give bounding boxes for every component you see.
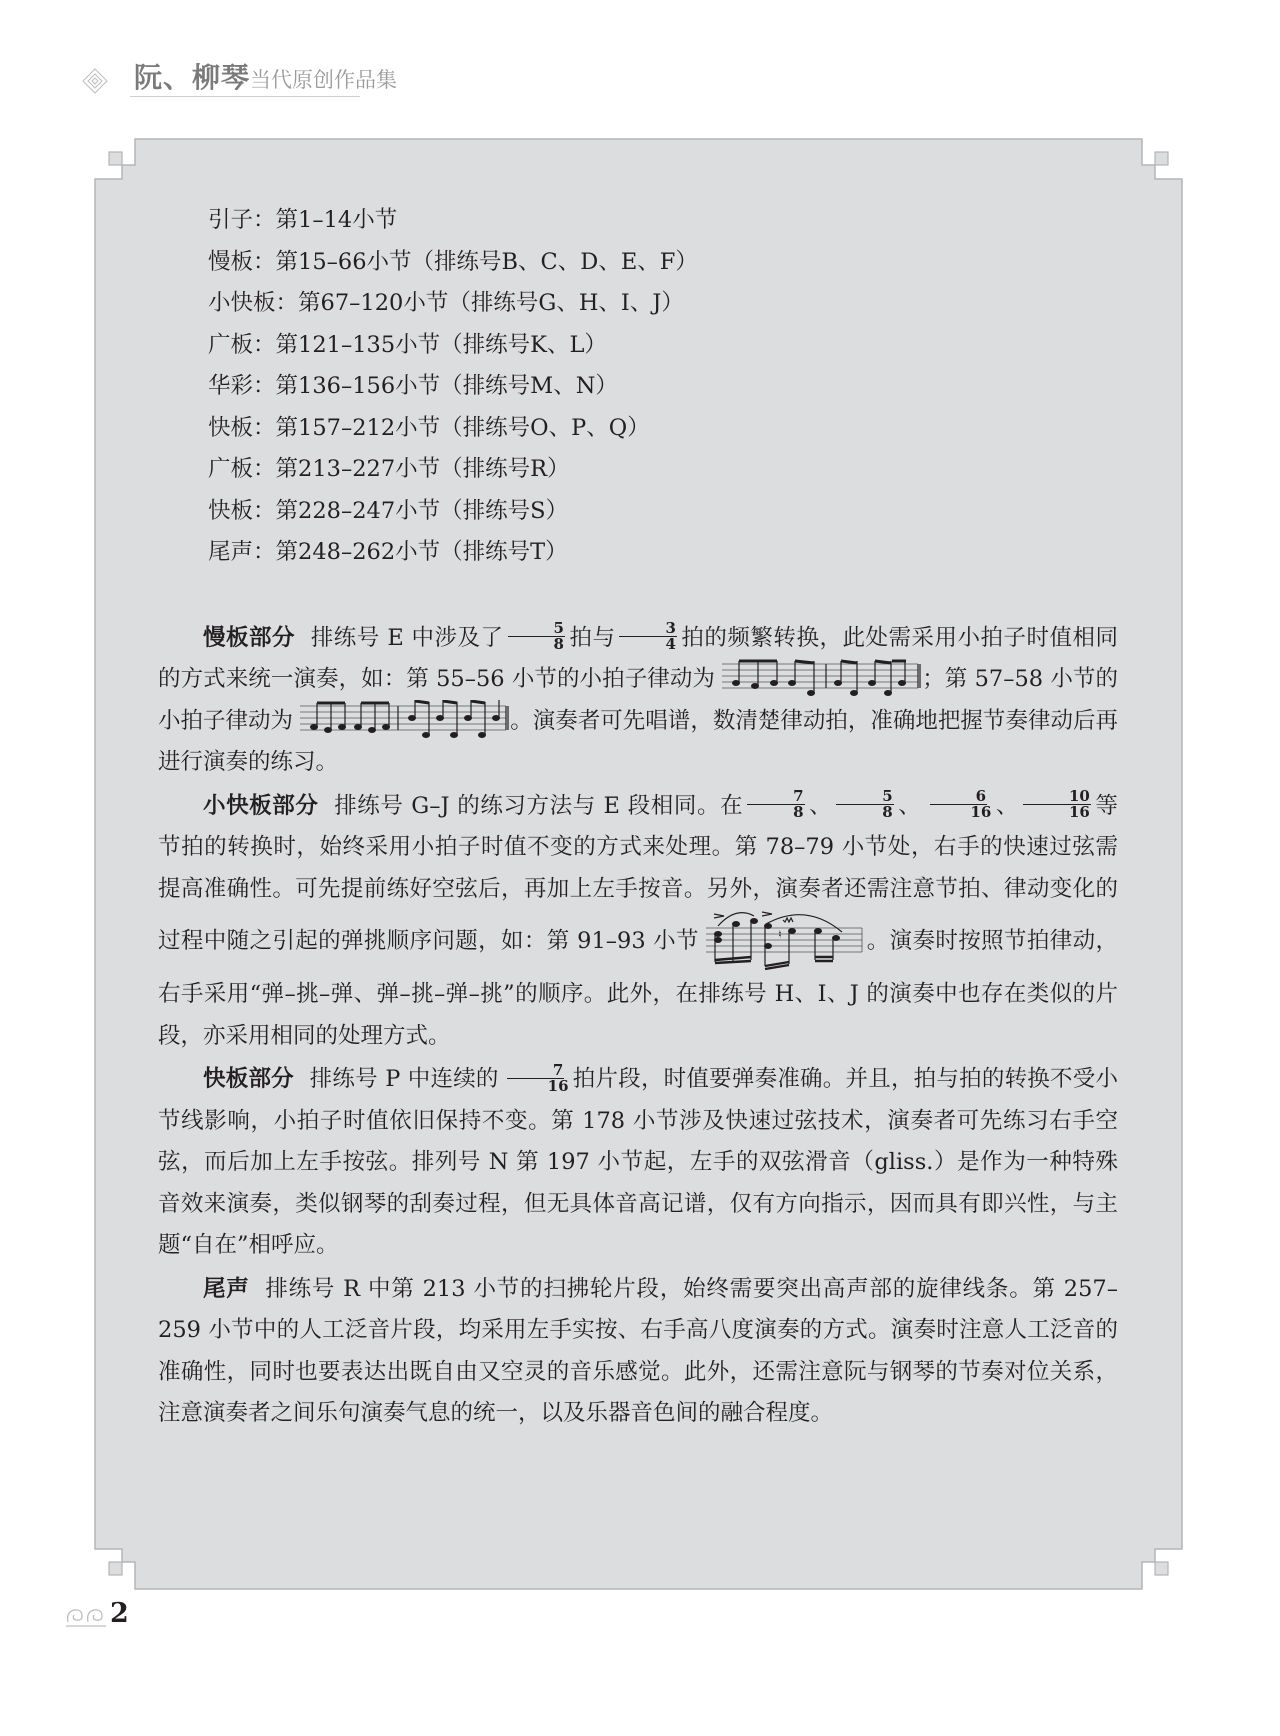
page-number: 2 xyxy=(110,1598,129,1629)
cloud-ornament-icon xyxy=(64,1604,108,1630)
structure-item: 引子：第1–14小节 xyxy=(208,200,1118,242)
section-allegro: 快板部分排练号 P 中连续的716拍片段，时值要弹奏准确。并且，拍与拍的转换不受… xyxy=(158,1059,1118,1267)
structure-item: 快板：第157–212小节（排练号O、P、Q） xyxy=(208,408,1118,450)
page-content: 引子：第1–14小节 慢板：第15–66小节（排练号B、C、D、E、F） 小快板… xyxy=(158,200,1118,1435)
section-heading: 慢板部分 xyxy=(203,625,295,651)
structure-item: 快板：第228–247小节（排练号S） xyxy=(208,491,1118,533)
time-signature-fraction: 58 xyxy=(508,621,565,652)
structure-item: 小快板：第67–120小节（排练号G、H、I、J） xyxy=(208,283,1118,325)
time-signature-fraction: 78 xyxy=(747,789,804,820)
section-coda: 尾声排练号 R 中第 213 小节的扫拂轮片段，始终需要突出高声部的旋律线条。第… xyxy=(158,1269,1118,1435)
time-signature-fraction: 1016 xyxy=(1023,789,1091,820)
structure-item: 慢板：第15–66小节（排练号B、C、D、E、F） xyxy=(208,242,1118,284)
music-notation-icon xyxy=(300,700,510,740)
music-notation-icon xyxy=(722,658,922,698)
music-notation-icon: ♮ xyxy=(706,906,866,970)
time-signature-fraction: 34 xyxy=(619,621,676,652)
structure-item: 尾声：第248–262小节（排练号T） xyxy=(208,532,1118,574)
structure-item: 广板：第121–135小节（排练号K、L） xyxy=(208,325,1118,367)
structure-item: 广板：第213–227小节（排练号R） xyxy=(208,449,1118,491)
time-signature-fraction: 616 xyxy=(925,789,991,820)
structure-list: 引子：第1–14小节 慢板：第15–66小节（排练号B、C、D、E、F） 小快板… xyxy=(208,200,1118,574)
section-slow: 慢板部分排练号 E 中涉及了58拍与34拍的频繁转换，此处需采用小拍子时值相同的… xyxy=(158,618,1118,784)
structure-item: 华彩：第136–156小节（排练号M、N） xyxy=(208,366,1118,408)
section-allegretto: 小快板部分排练号 G–J 的练习方法与 E 段相同。在78、58、616、101… xyxy=(158,786,1118,1058)
time-signature-fraction: 58 xyxy=(836,789,893,820)
svg-text:♮: ♮ xyxy=(778,928,782,941)
section-heading: 尾声 xyxy=(203,1276,250,1302)
section-heading: 小快板部分 xyxy=(203,793,318,819)
section-heading: 快板部分 xyxy=(203,1066,294,1092)
time-signature-fraction: 716 xyxy=(503,1063,569,1094)
